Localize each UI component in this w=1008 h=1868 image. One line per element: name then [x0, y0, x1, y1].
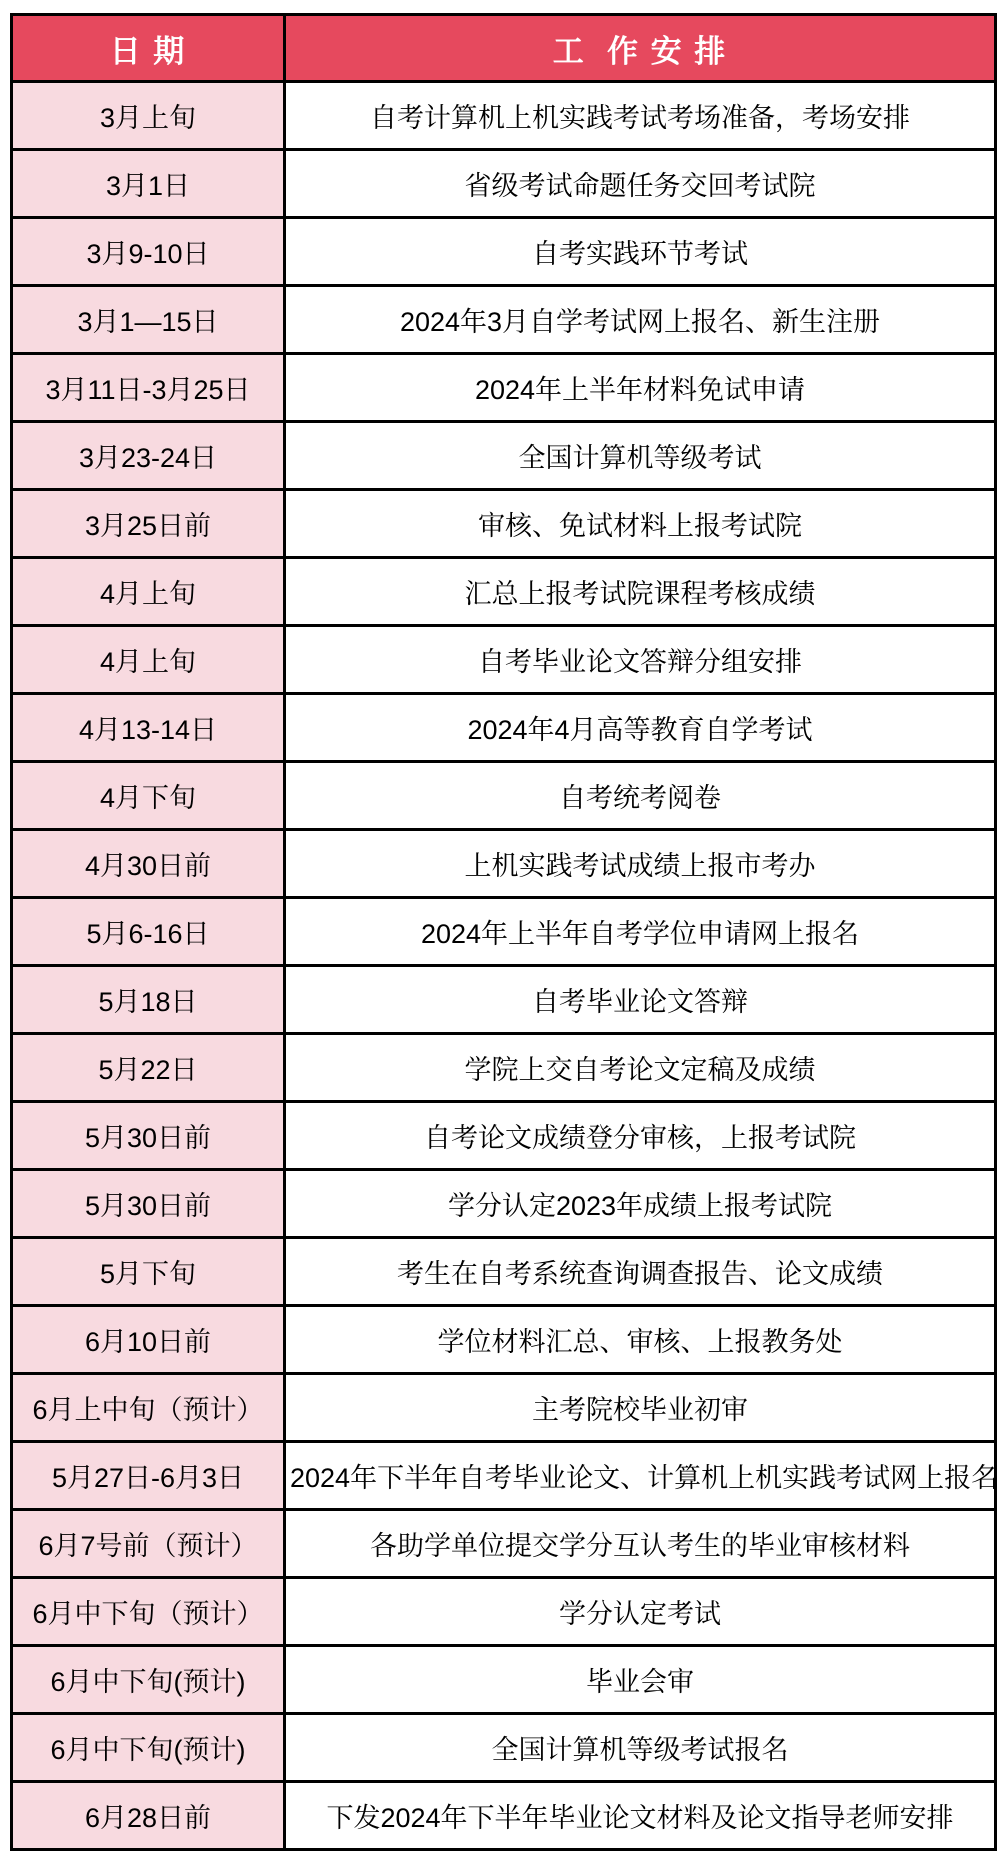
date-cell: 3月上旬 [12, 82, 285, 150]
date-cell: 5月6-16日 [12, 898, 285, 966]
date-cell: 6月7号前（预计） [12, 1510, 285, 1578]
date-cell: 4月上旬 [12, 626, 285, 694]
table-row: 3月1日省级考试命题任务交回考试院 [12, 150, 996, 218]
table-body: 3月上旬自考计算机上机实践考试考场准备，考场安排3月1日省级考试命题任务交回考试… [12, 82, 996, 1850]
table-row: 4月下旬自考统考阅卷 [12, 762, 996, 830]
task-cell: 主考院校毕业初审 [285, 1374, 996, 1442]
table-row: 3月上旬自考计算机上机实践考试考场准备，考场安排 [12, 82, 996, 150]
task-cell: 审核、免试材料上报考试院 [285, 490, 996, 558]
task-cell: 学院上交自考论文定稿及成绩 [285, 1034, 996, 1102]
date-cell: 6月上中旬（预计） [12, 1374, 285, 1442]
table-row: 5月27日-6月3日2024年下半年自考毕业论文、计算机上机实践考试网上报名 [12, 1442, 996, 1510]
date-cell: 3月1—15日 [12, 286, 285, 354]
date-cell: 6月中下旬（预计） [12, 1578, 285, 1646]
task-cell: 考生在自考系统查询调查报告、论文成绩 [285, 1238, 996, 1306]
table-row: 6月中下旬(预计)全国计算机等级考试报名 [12, 1714, 996, 1782]
task-cell: 上机实践考试成绩上报市考办 [285, 830, 996, 898]
date-cell: 4月上旬 [12, 558, 285, 626]
table-row: 4月30日前上机实践考试成绩上报市考办 [12, 830, 996, 898]
task-cell: 自考计算机上机实践考试考场准备，考场安排 [285, 82, 996, 150]
header-row: 日 期 工 作 安 排 [12, 15, 996, 82]
header-task-cell: 工 作 安 排 [285, 15, 996, 82]
table-row: 3月1—15日2024年3月自学考试网上报名、新生注册 [12, 286, 996, 354]
task-cell: 学分认定考试 [285, 1578, 996, 1646]
date-cell: 4月下旬 [12, 762, 285, 830]
table-row: 6月上中旬（预计）主考院校毕业初审 [12, 1374, 996, 1442]
table-row: 3月23-24日全国计算机等级考试 [12, 422, 996, 490]
table-row: 6月28日前下发2024年下半年毕业论文材料及论文指导老师安排 [12, 1782, 996, 1850]
task-cell: 自考毕业论文答辩分组安排 [285, 626, 996, 694]
date-cell: 5月18日 [12, 966, 285, 1034]
task-cell: 汇总上报考试院课程考核成绩 [285, 558, 996, 626]
schedule-table: 日 期 工 作 安 排 3月上旬自考计算机上机实践考试考场准备，考场安排3月1日… [10, 13, 997, 1851]
table-row: 3月11日-3月25日2024年上半年材料免试申请 [12, 354, 996, 422]
task-cell: 2024年上半年材料免试申请 [285, 354, 996, 422]
date-cell: 6月28日前 [12, 1782, 285, 1850]
task-cell: 下发2024年下半年毕业论文材料及论文指导老师安排 [285, 1782, 996, 1850]
table-row: 6月7号前（预计）各助学单位提交学分互认考生的毕业审核材料 [12, 1510, 996, 1578]
date-cell: 4月30日前 [12, 830, 285, 898]
header-date-cell: 日 期 [12, 15, 285, 82]
table-row: 4月13-14日2024年4月高等教育自学考试 [12, 694, 996, 762]
task-cell: 2024年4月高等教育自学考试 [285, 694, 996, 762]
task-cell: 2024年上半年自考学位申请网上报名 [285, 898, 996, 966]
table-row: 5月下旬考生在自考系统查询调查报告、论文成绩 [12, 1238, 996, 1306]
table-row: 6月中下旬（预计）学分认定考试 [12, 1578, 996, 1646]
date-cell: 6月中下旬(预计) [12, 1646, 285, 1714]
date-cell: 3月11日-3月25日 [12, 354, 285, 422]
task-cell: 毕业会审 [285, 1646, 996, 1714]
page: 日 期 工 作 安 排 3月上旬自考计算机上机实践考试考场准备，考场安排3月1日… [10, 13, 997, 1851]
date-cell: 3月1日 [12, 150, 285, 218]
table-row: 3月9-10日自考实践环节考试 [12, 218, 996, 286]
date-cell: 5月22日 [12, 1034, 285, 1102]
table-row: 3月25日前审核、免试材料上报考试院 [12, 490, 996, 558]
task-cell: 全国计算机等级考试 [285, 422, 996, 490]
date-cell: 6月10日前 [12, 1306, 285, 1374]
table-row: 5月6-16日2024年上半年自考学位申请网上报名 [12, 898, 996, 966]
table-row: 4月上旬自考毕业论文答辩分组安排 [12, 626, 996, 694]
table-row: 6月中下旬(预计)毕业会审 [12, 1646, 996, 1714]
task-cell: 2024年3月自学考试网上报名、新生注册 [285, 286, 996, 354]
date-cell: 5月27日-6月3日 [12, 1442, 285, 1510]
date-cell: 4月13-14日 [12, 694, 285, 762]
task-cell: 学分认定2023年成绩上报考试院 [285, 1170, 996, 1238]
task-cell: 自考毕业论文答辩 [285, 966, 996, 1034]
table-row: 5月18日自考毕业论文答辩 [12, 966, 996, 1034]
table-row: 5月22日学院上交自考论文定稿及成绩 [12, 1034, 996, 1102]
task-cell: 自考实践环节考试 [285, 218, 996, 286]
task-cell: 2024年下半年自考毕业论文、计算机上机实践考试网上报名 [285, 1442, 996, 1510]
date-cell: 5月30日前 [12, 1170, 285, 1238]
task-cell: 学位材料汇总、审核、上报教务处 [285, 1306, 996, 1374]
table-row: 5月30日前学分认定2023年成绩上报考试院 [12, 1170, 996, 1238]
task-cell: 自考统考阅卷 [285, 762, 996, 830]
table-row: 4月上旬汇总上报考试院课程考核成绩 [12, 558, 996, 626]
task-cell: 自考论文成绩登分审核，上报考试院 [285, 1102, 996, 1170]
date-cell: 3月25日前 [12, 490, 285, 558]
date-cell: 6月中下旬(预计) [12, 1714, 285, 1782]
date-cell: 3月23-24日 [12, 422, 285, 490]
date-cell: 5月30日前 [12, 1102, 285, 1170]
date-cell: 3月9-10日 [12, 218, 285, 286]
task-cell: 各助学单位提交学分互认考生的毕业审核材料 [285, 1510, 996, 1578]
task-cell: 省级考试命题任务交回考试院 [285, 150, 996, 218]
table-row: 6月10日前学位材料汇总、审核、上报教务处 [12, 1306, 996, 1374]
date-cell: 5月下旬 [12, 1238, 285, 1306]
table-row: 5月30日前自考论文成绩登分审核，上报考试院 [12, 1102, 996, 1170]
task-cell: 全国计算机等级考试报名 [285, 1714, 996, 1782]
